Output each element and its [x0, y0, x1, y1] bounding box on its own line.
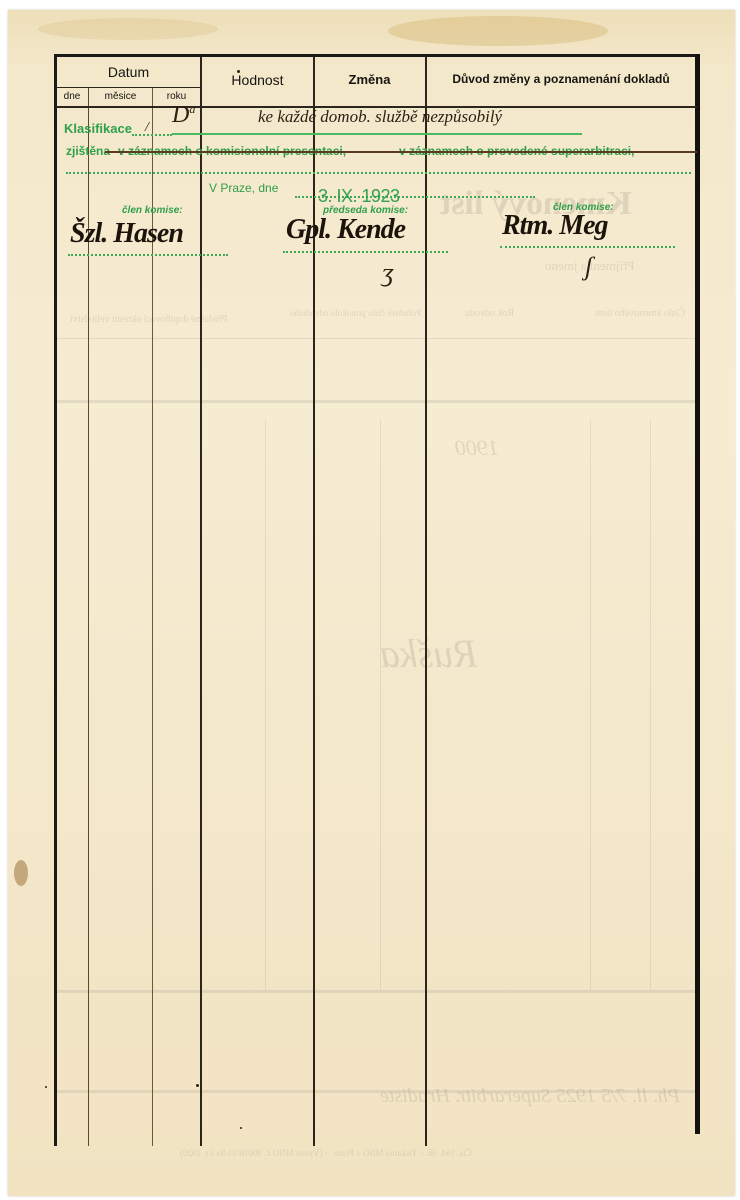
header-duvod: Důvod změny a poznamenání dokladů	[427, 72, 695, 86]
col-line-roku	[200, 57, 202, 1146]
header-mesice: měsice	[89, 91, 152, 102]
zjistena-strikethrough	[105, 151, 697, 153]
ink-dot	[45, 1086, 47, 1088]
ink-dot	[240, 1127, 242, 1129]
signature-line-right	[500, 246, 675, 248]
table-top-border	[55, 54, 699, 57]
signature-line-middle	[283, 251, 448, 253]
bleed-year-label: Rok odvodu	[465, 308, 514, 319]
place-date-label: V Praze, dne	[209, 181, 278, 195]
zjistena-label: zjištěna	[66, 144, 110, 158]
stain-left-edge	[14, 860, 28, 886]
table-left-border	[54, 54, 57, 1146]
bleed-protocol-number: Pořadové číslo protokolu odvodního	[290, 308, 421, 318]
klasifikace-label: Klasifikace	[64, 121, 132, 136]
signature-line-left	[68, 254, 228, 256]
header-dne: dne	[56, 91, 88, 102]
klasifikace-class-value: Da	[172, 102, 195, 129]
clen-komise-left-label: člen komise:	[122, 205, 183, 216]
ink-dot	[237, 70, 240, 73]
table-right-border	[695, 54, 700, 1134]
date-value: 3. IX. 1923	[318, 186, 400, 207]
klasifikace-underline	[172, 133, 582, 135]
bleed-col	[380, 420, 381, 990]
ink-dot	[196, 1084, 199, 1087]
signature-left: Šzl. Hasen	[70, 218, 183, 250]
bleed-name-cursive: Ruška	[380, 630, 478, 677]
signature-flourish: ʃ	[585, 252, 592, 282]
signature-middle: Gpl. Kende	[286, 214, 405, 246]
stain-top-left	[38, 18, 218, 40]
header-roku: roku	[153, 91, 200, 102]
header-hodnost: Hodnost	[202, 72, 313, 88]
bleed-col	[650, 420, 651, 990]
klasifikace-dotted-line	[132, 134, 172, 136]
bleed-col	[590, 420, 591, 990]
stain-top	[388, 16, 608, 46]
header-datum: Datum	[57, 64, 200, 80]
signature-right: Rtm. Meg	[502, 210, 608, 242]
bleed-year-value: 1900	[455, 435, 499, 461]
klasifikace-handwritten-text: ke každé domob. službě nezpůsobilý	[258, 107, 502, 127]
bleed-col	[265, 420, 266, 990]
signature-flourish: ʒ	[382, 258, 394, 288]
header-zmena: Změna	[314, 72, 425, 87]
col-line-zmena	[425, 57, 427, 1146]
tick-mark: /	[145, 120, 149, 136]
datum-subheader-line	[55, 87, 201, 88]
zjistena-dotted-line	[66, 172, 691, 174]
bleed-district-command: Příslušné doplňovací okresní velitelství	[70, 314, 227, 325]
bleed-footer-note: Čís. 164. 36. – Tiskárna MNO v Praze. – …	[180, 1148, 472, 1158]
bleed-record-number: Číslo kmenového listu	[595, 308, 685, 319]
